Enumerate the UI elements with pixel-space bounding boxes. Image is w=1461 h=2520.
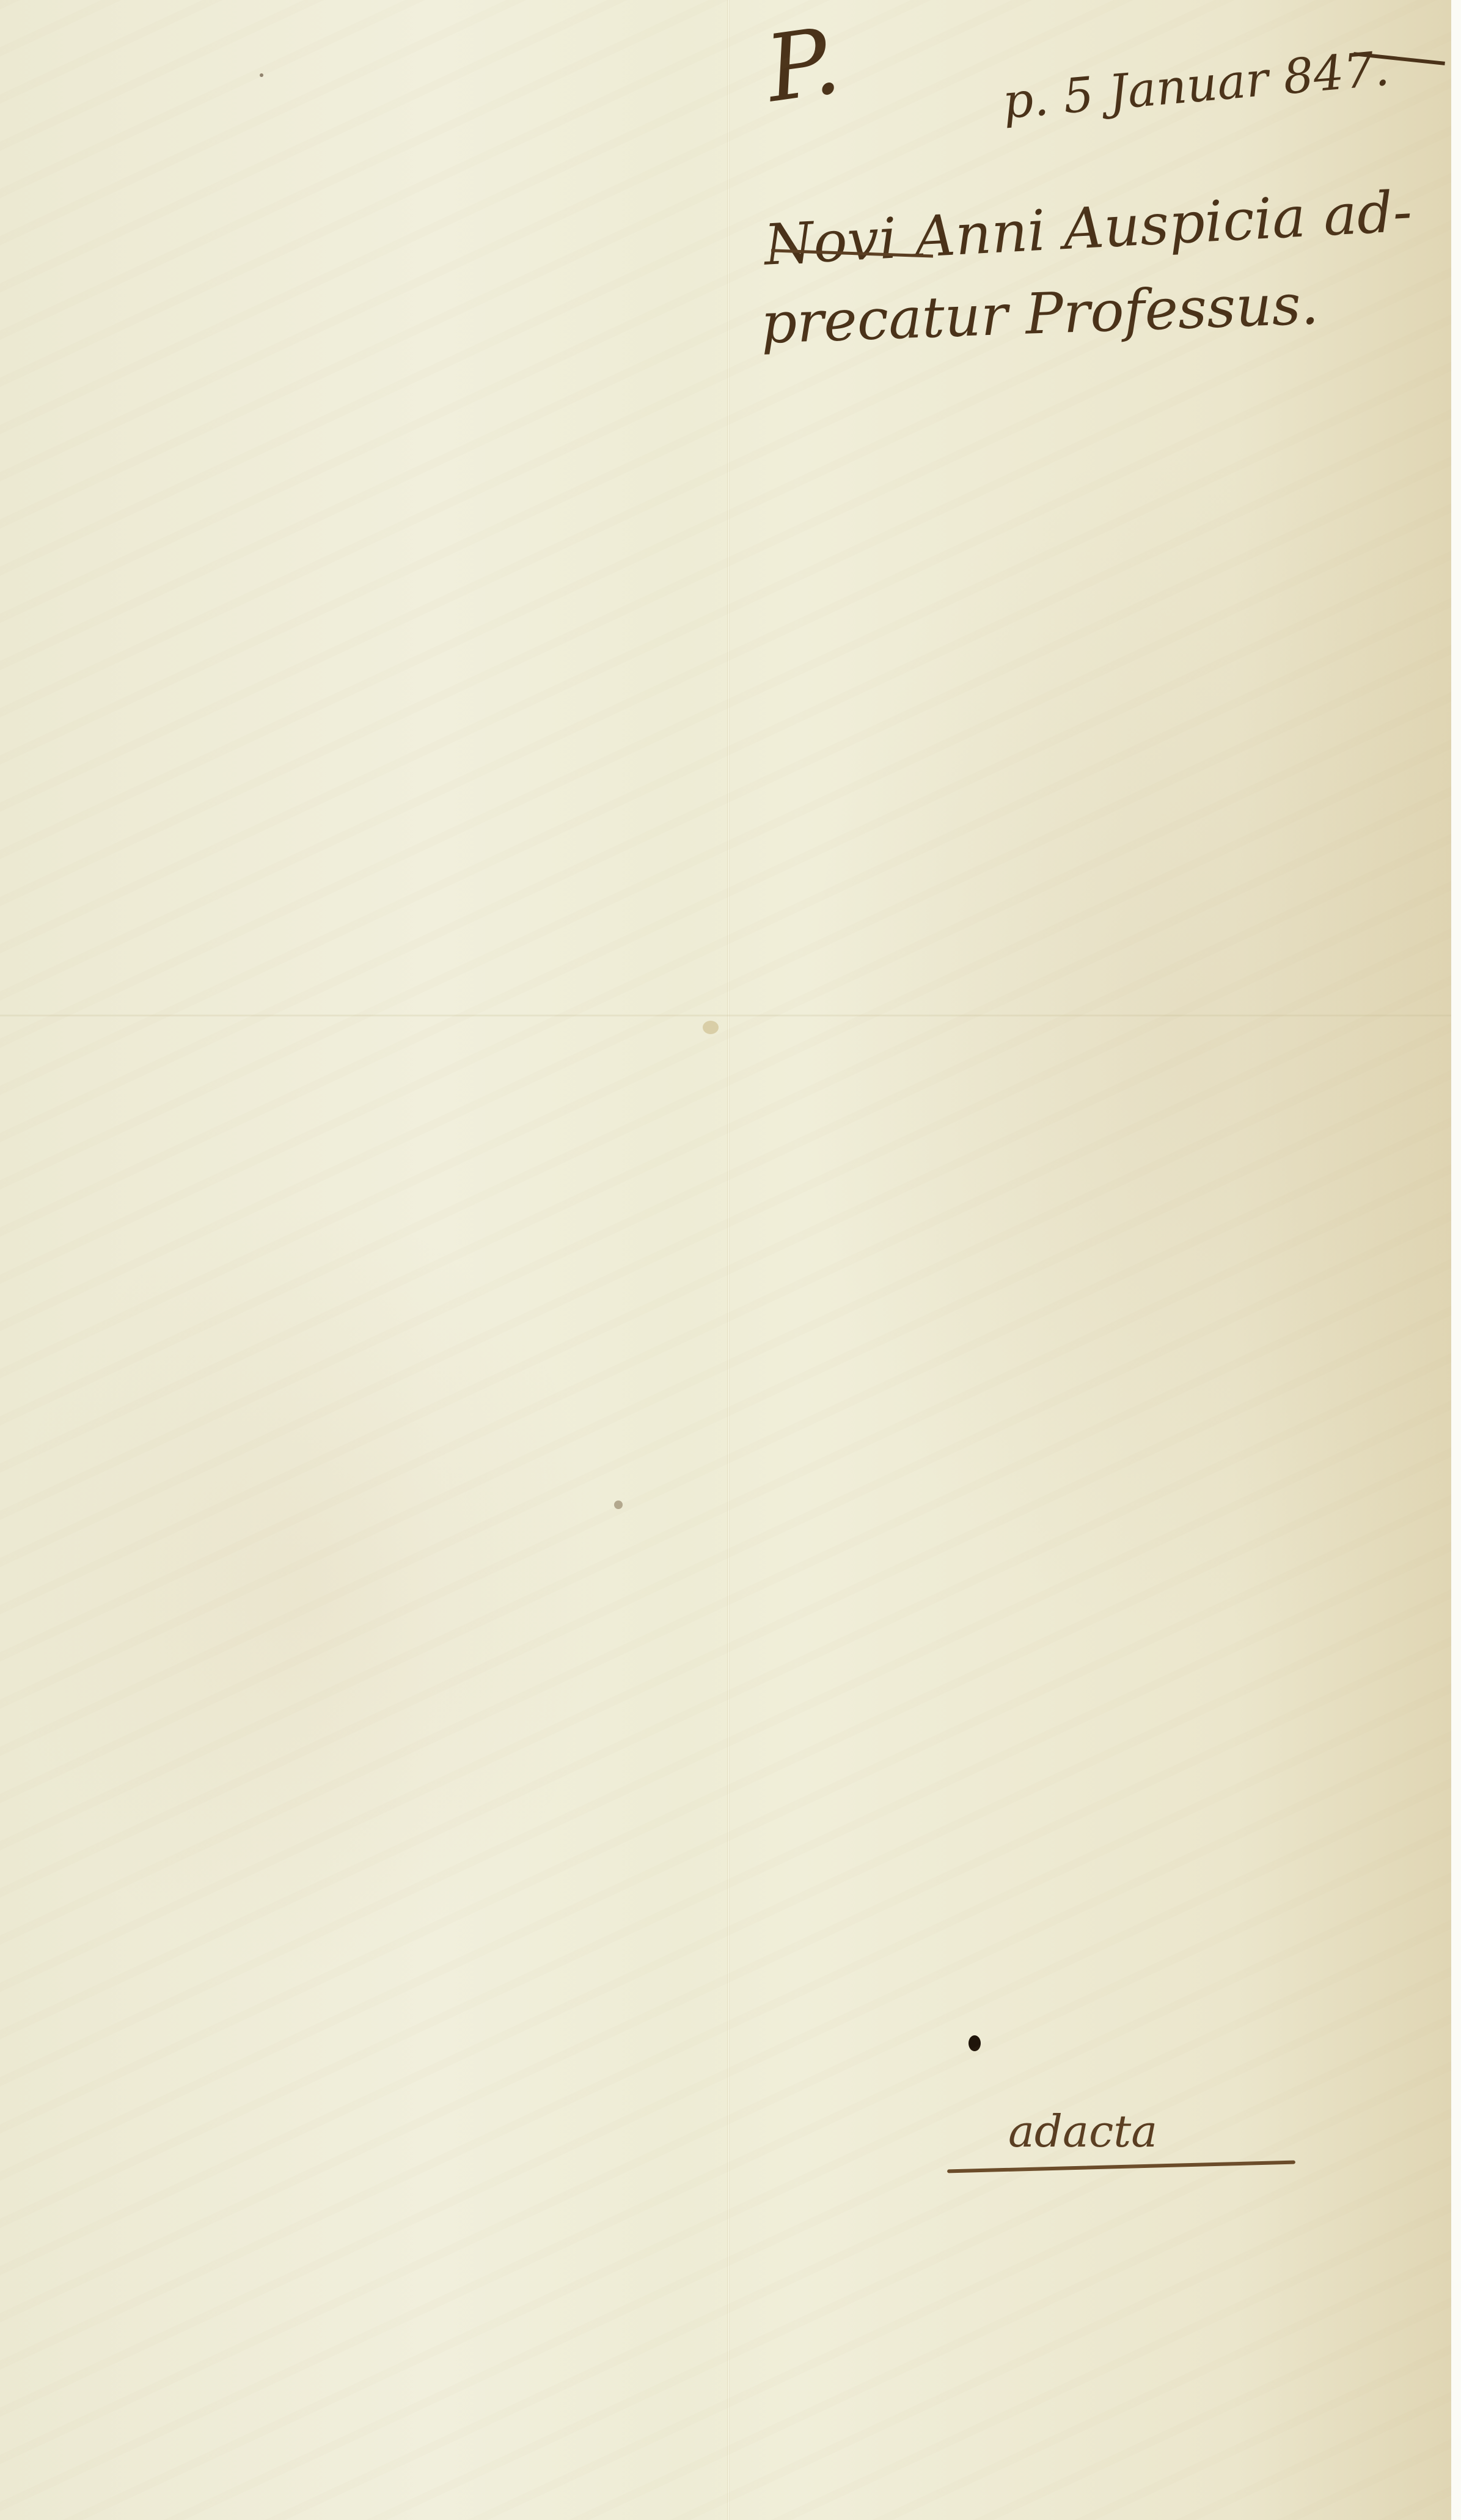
scan-background-margin [1451,0,1461,2520]
paper-speck [614,1501,623,1509]
docket-title-line-2: precatur Professus. [760,271,1319,356]
date-overline [1353,52,1445,65]
docket-title-line-1: Novi Anni Auspicia ad- [763,178,1413,277]
vertical-fold-line [727,0,730,2520]
filing-note: adacta [1008,2106,1157,2157]
docket-date: p. 5 Januar 847. [1000,42,1391,130]
filing-note-underline [947,2161,1295,2173]
paper-speck [260,73,263,77]
manuscript-page: P. p. 5 Januar 847. Novi Anni Auspicia a… [0,0,1451,2520]
ink-blot [969,2035,981,2051]
horizontal-fold-line [0,1015,1451,1016]
docket-initial: P. [760,8,846,123]
paper-stain [703,1021,719,1034]
title-underline [771,249,933,257]
